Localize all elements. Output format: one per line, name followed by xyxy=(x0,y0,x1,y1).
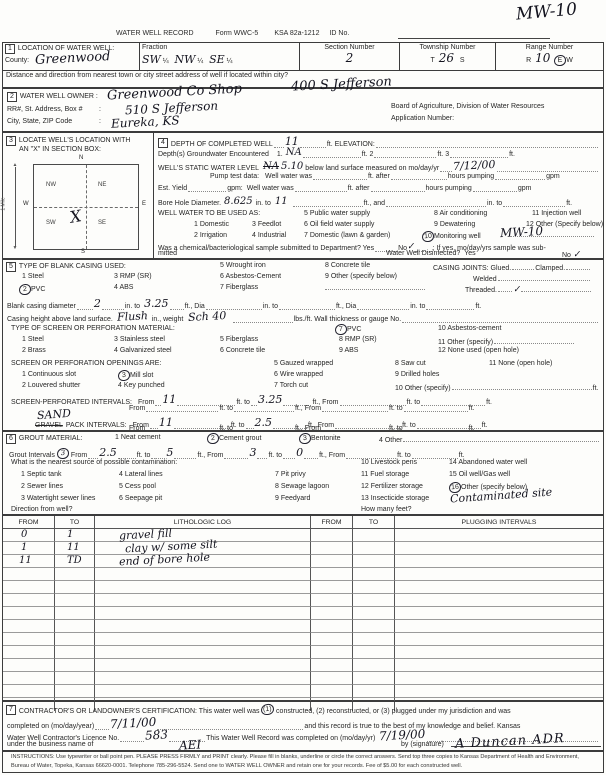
mile-arrow-up: ▲ xyxy=(13,162,18,168)
dotted-blank xyxy=(512,262,534,270)
openings-title: SCREEN OR PERFORATION OPENINGS ARE: xyxy=(11,360,161,367)
application-number-label: Application Number: xyxy=(391,115,454,122)
use-option-8: 8 Air conditioning xyxy=(434,210,487,217)
casing-height-value: Flush xyxy=(117,309,149,324)
log-cell xyxy=(95,685,311,698)
log-cell xyxy=(395,594,603,607)
static-level-line: WELL'S STATIC WATER LEVEL NA 5.10 below … xyxy=(158,159,599,172)
id-number-label: ID No. xyxy=(329,30,349,37)
screen-option-4: 4 Galvanized steel xyxy=(114,347,172,354)
se-quadrant-label: SE xyxy=(96,220,108,226)
dotted-blank xyxy=(473,184,517,192)
yield-line: Est. Yield gpm: Well water was ft. after… xyxy=(158,184,599,192)
section-number-cell: Section Number 2 xyxy=(299,43,399,70)
log-cell xyxy=(353,594,395,607)
log-to-value: 1 xyxy=(67,529,73,540)
instructions-text: INSTRUCTIONS: Use typewriter or ball poi… xyxy=(3,752,603,771)
section-7-certification: 7 CONTRACTOR'S OR LANDOWNER'S CERTIFICAT… xyxy=(2,701,604,751)
use-option-7: 7 Domestic (lawn & garden) xyxy=(304,232,390,239)
dotted-blank xyxy=(357,302,409,310)
fraction-cell: Fraction SW ¼ NW ¼ SE ¼ xyxy=(139,43,299,70)
pump-test-label: Pump test data: xyxy=(210,173,259,180)
casing-title: 5TYPE OF BLANK CASING USED: xyxy=(6,262,126,272)
gravel-crossed: GRAVEL xyxy=(35,422,63,429)
dotted-blank xyxy=(118,451,136,459)
log-cell xyxy=(353,646,395,659)
dotted-blank xyxy=(566,262,590,270)
use-other-value: MW-10 xyxy=(500,224,544,240)
contam-option-5: 5 Cess pool xyxy=(119,483,156,490)
joints-threaded: Threaded.✓ xyxy=(465,284,592,295)
licence-value: 583 xyxy=(145,727,169,742)
township-value: 26 xyxy=(439,51,454,65)
dotted-blank xyxy=(503,199,565,207)
gw3-label: ft. 3 xyxy=(437,151,449,158)
sand-handwritten: SAND xyxy=(37,407,72,422)
static-level-crossed: NA xyxy=(263,161,279,172)
grout-from-1: 2.5 xyxy=(99,446,117,459)
log-cell xyxy=(3,607,55,620)
casing-diameter-line: Blank casing diameter 2 in. to 3.25 ft.,… xyxy=(7,297,599,310)
use-option-3: 3 Feedlot xyxy=(252,221,281,228)
locate-title-1: 3LOCATE WELL'S LOCATION WITH xyxy=(6,136,130,146)
screen-option-12: 12 None used (open hole) xyxy=(438,347,519,354)
grout-to-1: 5 xyxy=(166,446,173,459)
well-id-handwritten: MW-10 xyxy=(515,0,578,25)
log-to-value: TD xyxy=(67,555,82,566)
log-cell xyxy=(353,607,395,620)
ftto-label: ft. to xyxy=(268,452,282,459)
log-cell xyxy=(55,568,95,581)
range-value: 10 xyxy=(535,51,550,65)
county-cell: 1LOCATION OF WATER WELL: County: Greenwo… xyxy=(3,43,139,70)
ftto-label: ft. to xyxy=(219,405,233,412)
dotted-blank xyxy=(283,451,295,459)
west-label: W xyxy=(23,201,29,207)
opening-option-5: 5 Gauzed wrapped xyxy=(274,360,333,367)
range-east-circled: E xyxy=(554,55,567,67)
section-2-owner: 2WATER WELL OWNER : Greenwood Co Shop RR… xyxy=(2,88,604,132)
ftto-label: ft. to xyxy=(397,452,411,459)
log-cell xyxy=(395,672,603,685)
log-cell xyxy=(95,581,311,594)
dotted-blank xyxy=(77,302,93,310)
ftto-label: ft. to xyxy=(389,405,403,412)
owner-address-label: RR#, St. Address, Box # xyxy=(7,106,82,113)
log-header-from: FROM xyxy=(3,516,55,529)
opening-option-9: 9 Drilled holes xyxy=(395,371,439,378)
colon: : xyxy=(99,106,101,113)
county-label: County: xyxy=(5,57,29,64)
certification-line-1: 7 CONTRACTOR'S OR LANDOWNER'S CERTIFICAT… xyxy=(6,704,599,715)
log-cell xyxy=(311,581,353,594)
fraction-q1: SW xyxy=(142,53,161,66)
log-cell: TD xyxy=(55,555,95,568)
dotted-blank xyxy=(224,451,248,459)
gw1-label: 1. xyxy=(277,151,283,158)
casing-depth-value: 3.25 xyxy=(144,297,169,310)
dotted-blank xyxy=(440,164,452,172)
log-cell: 11 xyxy=(55,542,95,555)
log-cell xyxy=(353,568,395,581)
south-label: S xyxy=(81,249,85,255)
dotted-blank xyxy=(146,404,218,412)
log-cell xyxy=(353,672,395,685)
ne-quadrant-label: NE xyxy=(96,182,108,188)
ftfrom-label: ft., From xyxy=(319,452,345,459)
disinfected-question: Water Well Disinfected? Yes xyxy=(386,250,476,257)
log-header-to: TO xyxy=(55,516,95,529)
casing-diameter-value: 2 xyxy=(94,297,101,310)
township-cell: Township Number T 26 S xyxy=(399,43,495,70)
bore-into-label: in. to xyxy=(256,200,271,207)
feet-question: How many feet? xyxy=(361,506,412,513)
sample-line: Was a chemical/bacteriological sample su… xyxy=(158,242,599,252)
groundwater-line: Depth(s) Groundwater Encountered 1.NA ft… xyxy=(158,147,599,158)
gw1-value: NA xyxy=(286,147,302,158)
plug-header-intervals: PLUGGING INTERVALS xyxy=(395,516,603,529)
mile-arrow-down: ▼ xyxy=(13,245,18,251)
log-cell xyxy=(353,685,395,698)
water-well-record-form: MW-10 WATER WELL RECORD Form WWC-5 KSA 8… xyxy=(0,0,606,775)
threaded-check: ✓ xyxy=(512,285,521,296)
range-prefix: R xyxy=(526,57,531,64)
opening-option-4: 4 Key punched xyxy=(118,382,165,389)
grout-from-2: 3 xyxy=(249,446,256,459)
use-title: WELL WATER TO BE USED AS: xyxy=(158,210,260,217)
log-cell xyxy=(95,594,311,607)
dotted-blank xyxy=(120,734,144,742)
dotted-blank xyxy=(170,302,184,310)
dotted-blank xyxy=(374,150,436,158)
gpm-label: gpm xyxy=(546,173,560,180)
log-cell: 1 xyxy=(55,529,95,542)
log-cell xyxy=(311,594,353,607)
form-header: WATER WELL RECORD Form WWC-5 KSA 82a-121… xyxy=(116,30,349,37)
static-level-label: WELL'S STATIC WATER LEVEL xyxy=(158,165,259,172)
section-1-number: 1 xyxy=(5,44,15,54)
certification-text-a: CONTRACTOR'S OR LANDOWNER'S CERTIFICATIO… xyxy=(19,708,260,715)
log-to-value: 11 xyxy=(67,542,80,553)
section-3-locate: 3LOCATE WELL'S LOCATION WITH AN "X" IN S… xyxy=(2,132,154,259)
plug-header-to: TO xyxy=(353,516,395,529)
use-option-2: 2 Irrigation xyxy=(194,232,227,239)
contam-option-13: 13 Insecticide storage xyxy=(361,495,429,502)
grout-option-4: 4 Other xyxy=(379,434,600,444)
fraction-q3: SE xyxy=(209,53,225,66)
contam-option-11: 11 Fuel storage xyxy=(361,471,409,478)
dotted-blank xyxy=(450,150,508,158)
casing-option-8: 8 Concrete tile xyxy=(325,262,370,269)
log-cell xyxy=(95,568,311,581)
groundwater-label: Depth(s) Groundwater Encountered xyxy=(158,151,269,158)
screen-intervals-label: SCREEN-PERFORATED INTERVALS: xyxy=(11,399,132,406)
grout-to-2: 0 xyxy=(296,446,303,459)
log-cell xyxy=(353,659,395,672)
dotted-blank xyxy=(188,184,226,192)
dotted-blank xyxy=(494,336,574,344)
log-cell xyxy=(395,633,603,646)
dotted-blank xyxy=(322,404,388,412)
quarter-sign: ¼ xyxy=(227,58,233,65)
log-from-value: 11 xyxy=(19,555,32,566)
log-cell xyxy=(3,685,55,698)
section-grid: NW NE SW SE X xyxy=(33,164,139,250)
dotted-blank xyxy=(402,315,598,323)
casing-option-5: 5 Wrought iron xyxy=(220,262,266,269)
log-cell xyxy=(395,685,603,698)
log-cell xyxy=(311,685,353,698)
log-cell xyxy=(3,659,55,672)
use-option-5: 5 Public water supply xyxy=(304,210,370,217)
grout-intervals-line: Grout Intervals 3 From 2.5 ft. to 5 ft.,… xyxy=(9,446,599,459)
log-cell xyxy=(55,646,95,659)
contam-option-3: 3 Watertight sewer lines xyxy=(21,495,95,502)
township-suffix: S xyxy=(460,57,465,64)
gpm-label: gpm xyxy=(518,185,532,192)
dotted-blank xyxy=(426,302,474,310)
dotted-blank xyxy=(495,172,545,180)
bore-diameter-value: 8.625 xyxy=(224,196,253,207)
log-cell xyxy=(311,672,353,685)
screen-intervals-line-2: From ft. to ft., From ft. to ft. xyxy=(129,404,599,412)
grout-option-3-circled: 3Bentonite xyxy=(299,433,341,444)
log-cell xyxy=(95,646,311,659)
dotted-blank xyxy=(304,451,318,459)
dotted-blank xyxy=(346,451,396,459)
yield-hours-label: hours pumping xyxy=(426,185,472,192)
dotted-blank xyxy=(293,199,363,207)
pump-after-label: ft. after xyxy=(368,173,390,180)
log-cell xyxy=(311,607,353,620)
casing-option-9: 9 Other (specify below) xyxy=(325,273,397,280)
log-cell xyxy=(395,542,603,555)
contam-option-10: 10 Livestock pens xyxy=(361,459,417,466)
ft-label: ft. xyxy=(509,151,515,158)
quarter-sign: ¼ xyxy=(197,58,203,65)
dotted-blank xyxy=(313,172,367,180)
range-west: W xyxy=(566,57,573,64)
contam-option-6: 6 Seepage pit xyxy=(119,495,162,502)
log-cell xyxy=(3,568,55,581)
casing-other-blank xyxy=(325,289,425,290)
log-cell xyxy=(395,529,603,542)
log-cell xyxy=(395,555,603,568)
ft-label: ft. xyxy=(566,200,572,207)
static-level-value: 5.10 xyxy=(281,161,303,172)
owner-city-value: Eureka, KS xyxy=(111,113,180,131)
section-number-label: Section Number xyxy=(302,44,397,51)
sw-quadrant-label: SW xyxy=(44,220,58,226)
opening-option-11: 11 None (open hole) xyxy=(489,360,552,367)
log-cell xyxy=(395,659,603,672)
log-cell xyxy=(395,646,603,659)
log-cell: 1 xyxy=(3,542,55,555)
log-cell xyxy=(55,672,95,685)
signature-label: by (signature) xyxy=(401,741,444,748)
constructed-circled: (1) xyxy=(261,704,274,716)
opening-option-3-circled: 3Mill slot xyxy=(118,370,153,381)
distance-label: Distance and direction from nearest town… xyxy=(6,72,288,79)
gw2-label: ft. 2 xyxy=(362,151,374,158)
screen-option-2: 2 Brass xyxy=(22,347,46,354)
log-cell xyxy=(3,633,55,646)
log-cell xyxy=(353,555,395,568)
log-cell xyxy=(55,594,95,607)
log-cell xyxy=(353,633,395,646)
log-cell xyxy=(311,659,353,672)
into-label: in. to xyxy=(410,303,425,310)
log-cell xyxy=(395,620,603,633)
log-cell xyxy=(3,620,55,633)
section-4-depth: 4 DEPTH OF COMPLETED WELL 11 ft. ELEVATI… xyxy=(154,132,604,259)
contamination-question: What is the nearest source of possible c… xyxy=(11,459,177,466)
bore-and-label: ft., and xyxy=(364,200,385,207)
lithologic-log-table: FROM TO LITHOLOGIC LOG FROM TO PLUGGING … xyxy=(2,515,604,701)
log-cell: 0 xyxy=(3,529,55,542)
mile-arrow-line xyxy=(15,167,16,247)
dia-label: ft., Dia xyxy=(336,303,356,310)
section-5-casing: 5TYPE OF BLANK CASING USED: 5 Wrought ir… xyxy=(2,259,604,431)
pack-intervals-label: PACK INTERVALS: xyxy=(66,422,127,429)
log-cell xyxy=(95,607,311,620)
opening-option-7: 7 Torch cut xyxy=(274,382,308,389)
screen-option-5: 5 Fiberglass xyxy=(220,336,258,343)
casing-option-6: 6 Asbestos-Cement xyxy=(220,273,281,280)
casing-diameter-label: Blank casing diameter xyxy=(7,303,76,310)
owner-city-label: City, State, ZIP Code xyxy=(7,118,72,125)
log-from-value: 1 xyxy=(21,542,27,553)
log-cell xyxy=(3,672,55,685)
colon: : xyxy=(99,118,101,125)
dotted-blank xyxy=(151,451,165,459)
dotted-blank xyxy=(521,284,591,292)
ft-label: ft. xyxy=(459,452,465,459)
section-1-location: 1LOCATION OF WATER WELL: County: Greenwo… xyxy=(2,42,604,88)
wall-thickness-label: lbs./ft. Wall thickness or gauge No. xyxy=(294,316,402,323)
log-cell xyxy=(55,659,95,672)
dotted-blank xyxy=(234,404,294,412)
bore-into2-label: in. to xyxy=(487,200,502,207)
form-statute: KSA 82a-1212 xyxy=(274,30,319,37)
section-number-value: 2 xyxy=(302,51,397,65)
dotted-blank xyxy=(371,184,425,192)
contam-option-15: 15 Oil well/Gas well xyxy=(449,471,510,478)
grout-option-1: 1 Neat cement xyxy=(115,434,161,441)
log-cell xyxy=(95,659,311,672)
pump-hours-label: hours pumping xyxy=(448,173,494,180)
casing-height-label: Casing height above land surface. xyxy=(7,316,113,323)
pump-water-label: Well water was xyxy=(265,173,312,180)
form-number: Form WWC-5 xyxy=(216,30,259,37)
casing-joints-label: CASING JOINTS: Glued.Clamped. xyxy=(433,262,591,272)
contam-option-7: 7 Pit privy xyxy=(275,471,306,478)
x-mark: X xyxy=(68,206,83,227)
east-label: E xyxy=(142,201,146,207)
contam-option-4: 4 Lateral lines xyxy=(119,471,163,478)
mile-label: 1 Mile xyxy=(1,197,7,210)
log-cell xyxy=(353,529,395,542)
screen-option-7-circled: 7PVC xyxy=(335,324,361,335)
log-cell xyxy=(311,620,353,633)
log-cell xyxy=(95,633,311,646)
log-cell xyxy=(55,581,95,594)
instructions-box: INSTRUCTIONS: Use typewriter or ball poi… xyxy=(2,751,604,773)
contam-option-12: 12 Fertilizer storage xyxy=(361,483,423,490)
opening-option-10: 10 Other (specify)ft. xyxy=(395,382,598,392)
dotted-blank xyxy=(233,315,293,323)
yield-label: Est. Yield xyxy=(158,185,187,192)
dotted-blank xyxy=(391,172,447,180)
dotted-blank xyxy=(498,273,590,281)
opening-option-2: 2 Louvered shutter xyxy=(22,382,80,389)
use-option-4: 4 Industrial xyxy=(252,232,286,239)
grout-title: 6GROUT MATERIAL: xyxy=(6,434,82,444)
yield-gpm-label: gpm: xyxy=(227,185,243,192)
use-option-6: 6 Oil field water supply xyxy=(304,221,374,228)
grid-horizontal-dash xyxy=(34,207,138,208)
dotted-blank xyxy=(257,451,267,459)
section-6-grout: 6GROUT MATERIAL: 1 Neat cement 2Cement g… xyxy=(2,431,604,515)
township-prefix: T xyxy=(431,57,435,64)
casing-option-2-circled: 2PVC xyxy=(19,284,45,295)
log-cell xyxy=(3,646,55,659)
dotted-blank xyxy=(174,451,196,459)
screen-option-6: 6 Concrete tile xyxy=(220,347,265,354)
section-2-number: 2 xyxy=(7,92,17,102)
use-option-1: 1 Domestic xyxy=(194,221,229,228)
sample-mitted: mitted xyxy=(158,250,177,257)
static-level-text: below land surface measured on mo/day/yr xyxy=(305,165,439,172)
log-cell xyxy=(353,542,395,555)
log-cell xyxy=(55,607,95,620)
range-label: Range Number xyxy=(498,44,601,51)
direction-question: Direction from well? xyxy=(11,506,72,513)
log-cell: 11 xyxy=(3,555,55,568)
dotted-blank xyxy=(295,184,347,192)
log-cell xyxy=(311,646,353,659)
dotted-blank xyxy=(412,451,458,459)
dotted-blank xyxy=(386,199,486,207)
log-cell xyxy=(395,607,603,620)
dotted-blank xyxy=(497,164,598,172)
log-cell xyxy=(95,620,311,633)
joints-welded: Welded xyxy=(473,273,591,283)
county-value: Greenwood xyxy=(35,49,111,68)
static-level-date: 7/12/00 xyxy=(453,158,496,173)
contam-option-8: 8 Sewage lagoon xyxy=(275,483,329,490)
ft-label: ft. xyxy=(475,303,481,310)
from-label: From xyxy=(129,405,145,412)
contam-option-1: 1 Septic tank xyxy=(21,471,61,478)
dotted-blank xyxy=(452,382,592,390)
dotted-blank xyxy=(403,434,599,442)
section-6-number: 6 xyxy=(6,434,16,444)
dotted-blank xyxy=(510,236,594,237)
log-from-value: 0 xyxy=(21,529,27,540)
log-cell xyxy=(3,594,55,607)
opening-option-6: 6 Wire wrapped xyxy=(274,371,323,378)
screen-option-9: 9 ABS xyxy=(339,347,358,354)
log-cell xyxy=(395,568,603,581)
log-cell xyxy=(311,568,353,581)
yield-water-label: Well water was xyxy=(247,185,294,192)
log-cell xyxy=(55,685,95,698)
log-cell xyxy=(55,633,95,646)
log-cell xyxy=(95,672,311,685)
yield-after-label: ft. after xyxy=(348,185,370,192)
dia-label: ft., Dia xyxy=(185,303,205,310)
